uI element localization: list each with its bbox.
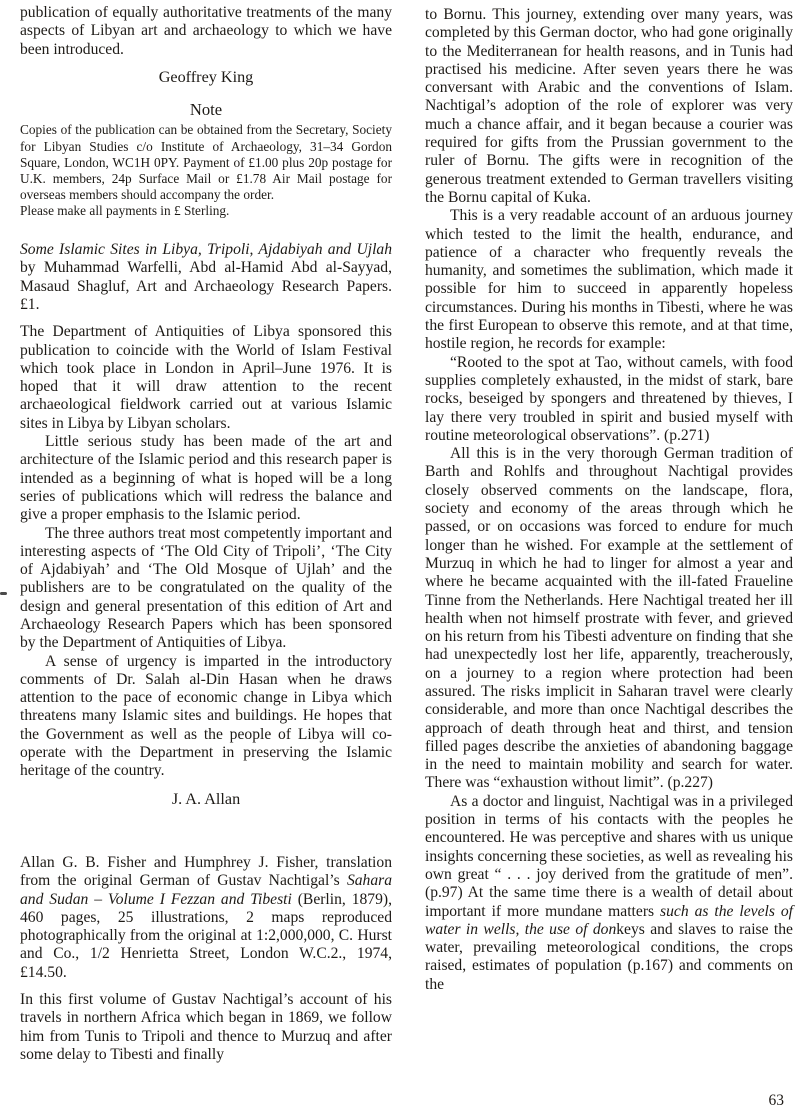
text-segment: J. A. Allan [172, 790, 240, 808]
text-segment: Please make all payments in £ Sterling. [20, 203, 229, 218]
text-segment: Allan G. B. Fisher and Humphrey J. Fishe… [20, 854, 392, 889]
ref: Some Islamic Sites in Libya, Tripoli, Aj… [20, 241, 392, 314]
text-segment: Little serious study has been made of th… [20, 433, 392, 523]
text-segment: All this is in the very thorough German … [425, 445, 793, 791]
byline: J. A. Allan [20, 790, 392, 808]
text-segment: to Bornu. This journey, extending over m… [425, 6, 793, 206]
scanned-journal-page: publication of equally authoritative tre… [0, 0, 800, 1116]
text-segment: by Muhammad Warfelli, Abd al-Hamid Abd a… [20, 259, 392, 313]
paragraph: As a doctor and linguist, Nachtigal was … [425, 793, 793, 994]
paragraph: In this first volume of Gustav Nachtigal… [20, 991, 392, 1064]
note-heading: Note [20, 101, 392, 119]
paragraph: This is a very readable account of an ar… [425, 207, 793, 353]
paragraph: The three authors treat most competently… [20, 525, 392, 653]
paragraph: All this is in the very thorough German … [425, 445, 793, 793]
page-number: 63 [769, 1092, 785, 1110]
note: Please make all payments in £ Sterling. [20, 203, 392, 219]
text-segment: publication of equally authoritative tre… [20, 4, 392, 58]
text-segment: “Rooted to the spot at Tao, without came… [425, 354, 793, 444]
text-segment: The Department of Antiquities of Libya s… [20, 323, 392, 431]
note: Copies of the publication can be obtaine… [20, 122, 392, 202]
right-column: to Bornu. This journey, extending over m… [425, 0, 793, 994]
text-segment: In this first volume of Gustav Nachtigal… [20, 991, 392, 1063]
text-segment: The three authors treat most competently… [20, 525, 392, 652]
paragraph: “Rooted to the spot at Tao, without came… [425, 354, 793, 445]
ref: Allan G. B. Fisher and Humphrey J. Fishe… [20, 854, 392, 982]
paragraph: publication of equally authoritative tre… [20, 4, 392, 59]
paragraph: A sense of urgency is imparted in the in… [20, 653, 392, 781]
byline: Geoffrey King [20, 68, 392, 86]
text-segment: As a doctor and linguist, Nachtigal was … [425, 793, 793, 920]
text-segment: Geoffrey King [159, 68, 254, 86]
text-segment: Copies of the publication can be obtaine… [20, 122, 392, 201]
paragraph: to Bornu. This journey, extending over m… [425, 6, 793, 207]
text-segment: A sense of urgency is imparted in the in… [20, 653, 392, 780]
paragraph: The Department of Antiquities of Libya s… [20, 323, 392, 433]
paragraph: Little serious study has been made of th… [20, 433, 392, 524]
left-column: publication of equally authoritative tre… [20, 0, 392, 1064]
scan-artifact [0, 592, 7, 595]
text-segment: Note [190, 100, 222, 119]
italic-text-segment: Some Islamic Sites in Libya, Tripoli, Aj… [20, 241, 392, 258]
text-segment: This is a very readable account of an ar… [425, 207, 793, 352]
